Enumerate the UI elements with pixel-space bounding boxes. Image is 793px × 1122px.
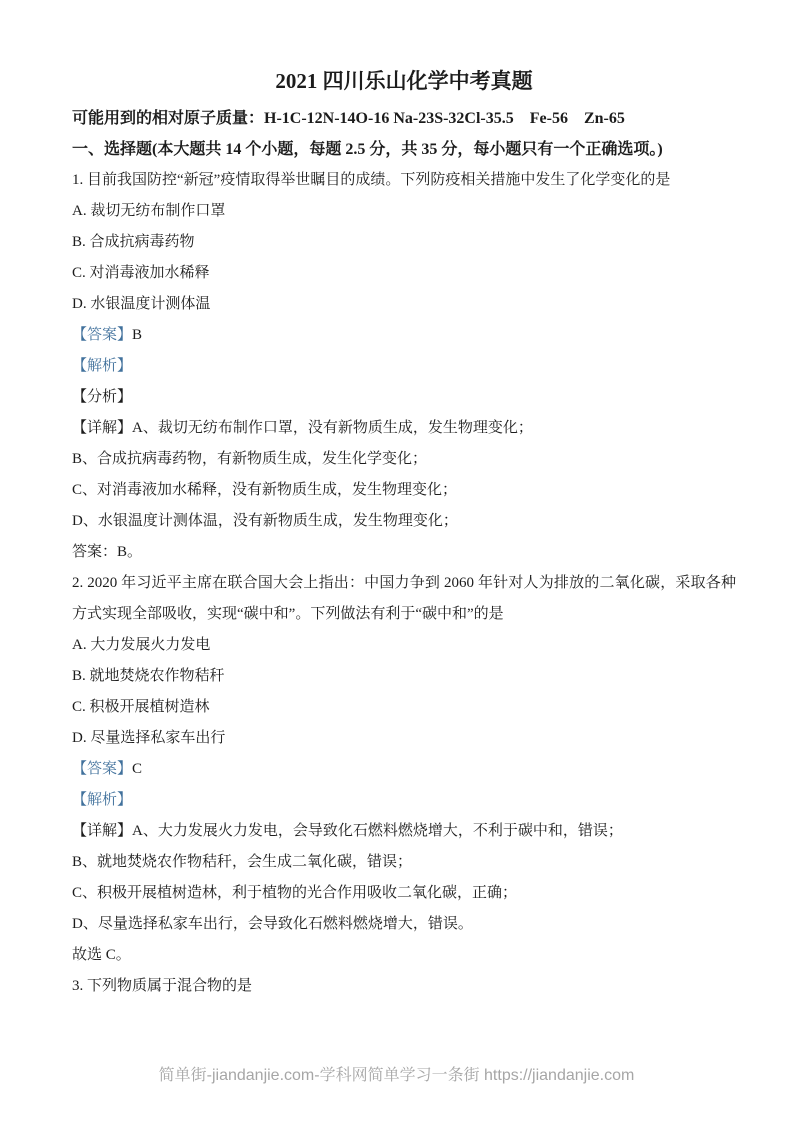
q1-stem: 1. 目前我国防控“新冠”疫情取得举世瞩目的成绩。下列防疫相关措施中发生了化学变…	[72, 165, 736, 196]
q1-answer-label: 【答案】	[72, 327, 132, 343]
q1-answer-value: B	[132, 327, 142, 343]
q1-xiangjie-label: 【详解】	[72, 420, 132, 436]
q2-answer-line: 【答案】C	[72, 754, 736, 785]
q1-option-b: B. 合成抗病毒药物	[72, 227, 736, 258]
q3-stem: 3. 下列物质属于混合物的是	[72, 971, 736, 1002]
q1-conclusion: 答案：B。	[72, 537, 736, 568]
q1-jiexi-label: 【解析】	[72, 351, 736, 382]
q2-detail-d: D、尽量选择私家车出行，会导致化石燃料燃烧增大，错误。	[72, 909, 736, 940]
q1-detail-a: 【详解】A、裁切无纺布制作口罩，没有新物质生成，发生物理变化；	[72, 413, 736, 444]
q2-detail-b: B、就地焚烧农作物秸秆，会生成二氧化碳，错误；	[72, 847, 736, 878]
q2-option-a: A. 大力发展火力发电	[72, 630, 736, 661]
q2-stem: 2. 2020 年习近平主席在联合国大会上指出：中国力争到 2060 年针对人为…	[72, 568, 736, 630]
q2-answer-value: C	[132, 761, 142, 777]
q2-jiexi-label: 【解析】	[72, 785, 736, 816]
q2-conclusion: 故选 C。	[72, 940, 736, 971]
q2-detail-a: 【详解】A、大力发展火力发电，会导致化石燃料燃烧增大，不利于碳中和，错误；	[72, 816, 736, 847]
q2-detail-c: C、积极开展植树造林，利于植物的光合作用吸收二氧化碳，正确；	[72, 878, 736, 909]
q2-option-b: B. 就地焚烧农作物秸秆	[72, 661, 736, 692]
q1-detail-c: C、对消毒液加水稀释，没有新物质生成，发生物理变化；	[72, 475, 736, 506]
q2-option-d: D. 尽量选择私家车出行	[72, 723, 736, 754]
q1-fenxi-label: 【分析】	[72, 382, 736, 413]
q1-option-a: A. 裁切无纺布制作口罩	[72, 196, 736, 227]
q1-option-c: C. 对消毒液加水稀释	[72, 258, 736, 289]
section-heading: 一、选择题(本大题共 14 个小题，每题 2.5 分，共 35 分，每小题只有一…	[72, 134, 736, 165]
q1-detail-d: D、水银温度计测体温，没有新物质生成，发生物理变化；	[72, 506, 736, 537]
atomic-mass-note: 可能用到的相对原子质量：H-1C-12N-14O-16 Na-23S-32Cl-…	[72, 103, 736, 134]
q1-option-d: D. 水银温度计测体温	[72, 289, 736, 320]
document-content: 2021 四川乐山化学中考真题 可能用到的相对原子质量：H-1C-12N-14O…	[0, 0, 793, 1002]
q2-xiangjie-label: 【详解】	[72, 823, 132, 839]
q1-answer-line: 【答案】B	[72, 320, 736, 351]
exam-document-page: 2021 四川乐山化学中考真题 可能用到的相对原子质量：H-1C-12N-14O…	[0, 0, 793, 1122]
q2-answer-label: 【答案】	[72, 761, 132, 777]
q2-option-c: C. 积极开展植树造林	[72, 692, 736, 723]
page-title: 2021 四川乐山化学中考真题	[72, 64, 736, 98]
q1-detail-b: B、合成抗病毒药物，有新物质生成，发生化学变化；	[72, 444, 736, 475]
site-footer: 简单街-jiandanjie.com-学科网简单学习一条街 https://ji…	[0, 1062, 793, 1085]
